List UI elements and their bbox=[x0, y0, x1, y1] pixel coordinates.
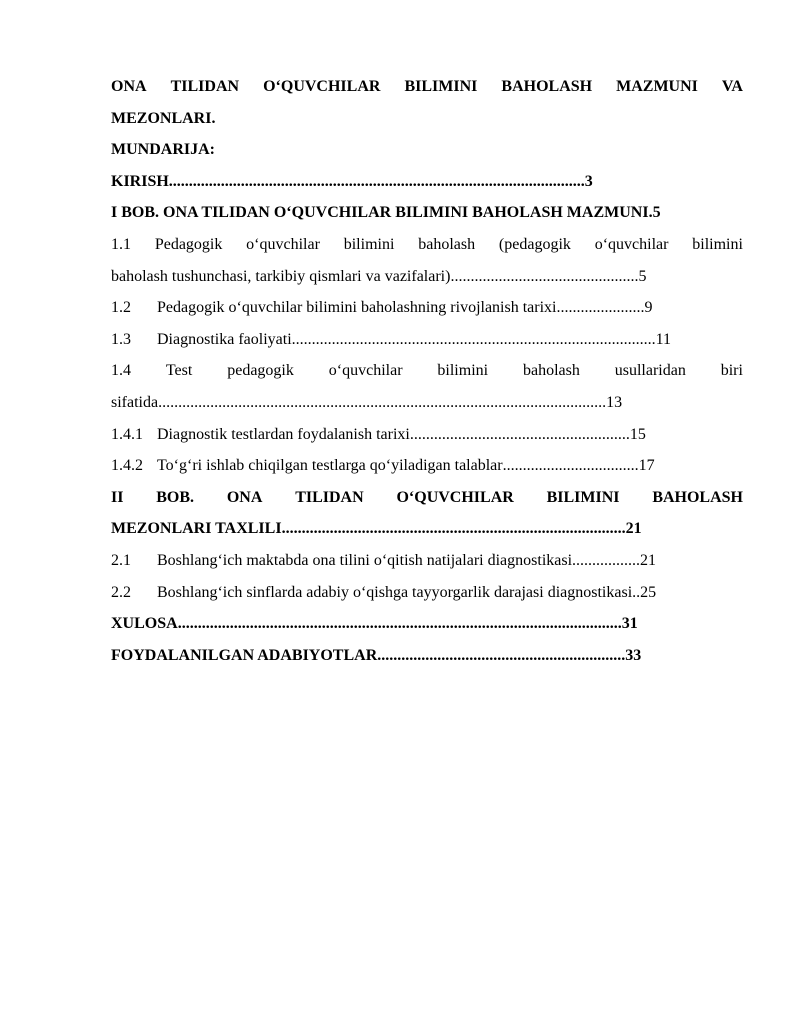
toc-word: bilimini bbox=[344, 229, 395, 261]
toc-entry-1-1-line-1[interactable]: 1.1 Pedagogik o‘quvchilar bilimini bahol… bbox=[111, 229, 743, 261]
toc-page-number: 9 bbox=[645, 292, 653, 324]
toc-word: Pedagogik bbox=[155, 229, 223, 261]
toc-word: TILIDAN bbox=[295, 482, 363, 514]
toc-entry-chapter-2-line-2[interactable]: MEZONLARI TAXLILI.......................… bbox=[111, 513, 743, 545]
toc-leader-dots: ........................................… bbox=[282, 513, 626, 545]
toc-page-number: 31 bbox=[622, 608, 638, 640]
toc-entry-text: KIRISH bbox=[111, 166, 169, 198]
toc-page-number: 15 bbox=[630, 419, 646, 451]
toc-page-number: 25 bbox=[640, 577, 656, 609]
toc-entry-text: Pedagogik o‘quvchilar bilimini baholashn… bbox=[157, 292, 557, 324]
toc-entry-text: Diagnostik testlardan foydalanish tarixi bbox=[157, 419, 410, 451]
toc-entry-text: MEZONLARI TAXLILI bbox=[111, 513, 282, 545]
toc-entry-kirish[interactable]: KIRISH..................................… bbox=[111, 166, 743, 198]
toc-entry-text: Diagnostika faoliyati bbox=[157, 324, 292, 356]
toc-section-number: 1.4 bbox=[111, 355, 131, 387]
toc-section-number: 2.1 bbox=[111, 545, 157, 577]
toc-entry-text: Boshlang‘ich maktabda ona tilini o‘qitis… bbox=[157, 545, 572, 577]
toc-leader-dots: ...................... bbox=[557, 292, 645, 324]
title-word: VA bbox=[722, 71, 743, 103]
toc-entry-text: baholash tushunchasi, tarkibiy qismlari … bbox=[111, 261, 450, 293]
toc-entry-xulosa[interactable]: XULOSA..................................… bbox=[111, 608, 743, 640]
toc-entry-1-4-line-1[interactable]: 1.4 Test pedagogik o‘quvchilar bilimini … bbox=[111, 355, 743, 387]
toc-page-number: 11 bbox=[656, 324, 671, 356]
document-page: ONA TILIDAN O‘QUVCHILAR BILIMINI BAHOLAS… bbox=[111, 71, 743, 671]
toc-section-number: 1.4.1 bbox=[111, 419, 157, 451]
toc-entry-1-4-1[interactable]: 1.4.1Diagnostik testlardan foydalanish t… bbox=[111, 419, 743, 451]
toc-entry-1-4-2[interactable]: 1.4.2To‘g‘ri ishlab chiqilgan testlarga … bbox=[111, 450, 743, 482]
toc-entry-1-4-line-2[interactable]: sifatida................................… bbox=[111, 387, 743, 419]
toc-leader-dots: ........................................… bbox=[377, 640, 625, 672]
toc-leader-dots: ........................................… bbox=[450, 261, 638, 293]
toc-entry-2-1[interactable]: 2.1Boshlang‘ich maktabda ona tilini o‘qi… bbox=[111, 545, 743, 577]
toc-entry-1-3[interactable]: 1.3Diagnostika faoliyati................… bbox=[111, 324, 743, 356]
toc-entry-text: FOYDALANILGAN ADABIYOTLAR bbox=[111, 640, 377, 672]
toc-word: bilimini bbox=[437, 355, 488, 387]
toc-leader-dots: ........................................… bbox=[410, 419, 630, 451]
document-title-line-1: ONA TILIDAN O‘QUVCHILAR BILIMINI BAHOLAS… bbox=[111, 71, 743, 103]
toc-leader-dots: ........................................… bbox=[178, 608, 622, 640]
toc-word: II bbox=[111, 482, 123, 514]
title-word: MAZMUNI bbox=[616, 71, 698, 103]
toc-page-number: 5 bbox=[638, 261, 646, 293]
toc-leader-dots: .................................. bbox=[503, 450, 639, 482]
title-word: ONA bbox=[111, 71, 147, 103]
toc-page-number: 17 bbox=[639, 450, 655, 482]
toc-leader-dots: ........................................… bbox=[158, 387, 606, 419]
document-title-line-2: MEZONLARI. bbox=[111, 103, 743, 135]
toc-section-number: 1.3 bbox=[111, 324, 157, 356]
toc-leader-dots: ................. bbox=[572, 545, 640, 577]
toc-entry-text: To‘g‘ri ishlab chiqilgan testlarga qo‘yi… bbox=[157, 450, 503, 482]
toc-entry-text: I BOB. ONA TILIDAN O‘QUVCHILAR BILIMINI … bbox=[111, 197, 649, 229]
toc-word: usullaridan bbox=[615, 355, 686, 387]
toc-section-number: 1.2 bbox=[111, 292, 157, 324]
toc-entry-text: Boshlang‘ich sinflarda adabiy o‘qishga t… bbox=[157, 577, 632, 609]
toc-word: bilimini bbox=[692, 229, 743, 261]
toc-word: baholash bbox=[418, 229, 475, 261]
toc-leader-dots: ........................................… bbox=[292, 324, 656, 356]
toc-word: baholash bbox=[523, 355, 580, 387]
toc-word: biri bbox=[721, 355, 743, 387]
toc-word: pedagogik bbox=[227, 355, 294, 387]
contents-heading: MUNDARIJA: bbox=[111, 134, 743, 166]
toc-word: BOB. bbox=[156, 482, 194, 514]
title-word: O‘QUVCHILAR bbox=[263, 71, 380, 103]
toc-page-number: 3 bbox=[585, 166, 593, 198]
toc-entry-references[interactable]: FOYDALANILGAN ADABIYOTLAR...............… bbox=[111, 640, 743, 672]
toc-word: o‘quvchilar bbox=[329, 355, 403, 387]
toc-page-number: 33 bbox=[625, 640, 641, 672]
toc-section-number: 2.2 bbox=[111, 577, 157, 609]
toc-word: o‘quvchilar bbox=[246, 229, 320, 261]
toc-entry-text: sifatida bbox=[111, 387, 158, 419]
toc-page-number: 21 bbox=[626, 513, 642, 545]
title-word: BAHOLASH bbox=[501, 71, 592, 103]
toc-entry-2-2[interactable]: 2.2Boshlang‘ich sinflarda adabiy o‘qishg… bbox=[111, 577, 743, 609]
title-word: TILIDAN bbox=[171, 71, 239, 103]
toc-word: Test bbox=[166, 355, 192, 387]
toc-entry-1-1-line-2[interactable]: baholash tushunchasi, tarkibiy qismlari … bbox=[111, 261, 743, 293]
toc-entry-1-2[interactable]: 1.2Pedagogik o‘quvchilar bilimini bahola… bbox=[111, 292, 743, 324]
toc-word: o‘quvchilar bbox=[595, 229, 669, 261]
toc-leader-dots: ........................................… bbox=[169, 166, 585, 198]
toc-page-number: 21 bbox=[640, 545, 656, 577]
title-word: BILIMINI bbox=[404, 71, 477, 103]
toc-entry-chapter-1[interactable]: I BOB. ONA TILIDAN O‘QUVCHILAR BILIMINI … bbox=[111, 197, 743, 229]
toc-word: (pedagogik bbox=[499, 229, 571, 261]
toc-leader-dots: .. bbox=[632, 577, 640, 609]
toc-word: BILIMINI bbox=[547, 482, 620, 514]
toc-section-number: 1.1 bbox=[111, 229, 131, 261]
toc-page-number: 13 bbox=[606, 387, 622, 419]
toc-word: O‘QUVCHILAR bbox=[396, 482, 513, 514]
toc-section-number: 1.4.2 bbox=[111, 450, 157, 482]
toc-entry-text: XULOSA bbox=[111, 608, 178, 640]
toc-word: ONA bbox=[227, 482, 263, 514]
toc-entry-chapter-2-line-1[interactable]: II BOB. ONA TILIDAN O‘QUVCHILAR BILIMINI… bbox=[111, 482, 743, 514]
toc-page-number: 5 bbox=[653, 197, 661, 229]
toc-word: BAHOLASH bbox=[652, 482, 743, 514]
